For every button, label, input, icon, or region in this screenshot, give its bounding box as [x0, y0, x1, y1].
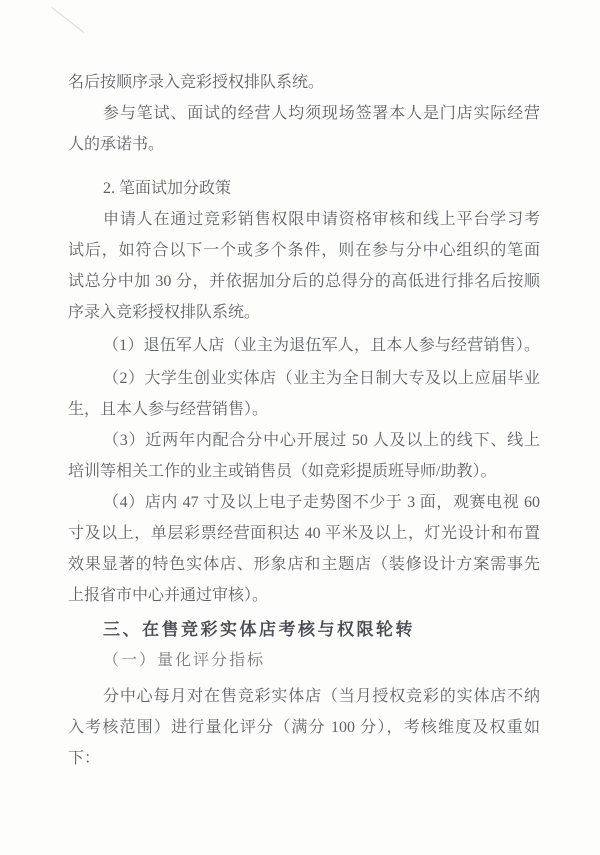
doc-line: 寸及以上，单层彩票经营面积达 40 平米及以上，灯光设计和布置 [68, 518, 540, 549]
doc-line: 名后按顺序录入竞彩授权排队系统。 [68, 67, 540, 98]
list-item-1: （1）退伍军人店（业主为退伍军人，且本人参与经营销售）。 [68, 330, 540, 361]
section-heading: 三、在售竞彩实体店考核与权限轮转 [68, 614, 540, 645]
list-item-4: （4）店内 47 寸及以上电子走势图不少于 3 面，观赛电视 60 [68, 487, 540, 518]
doc-line: 入考核范围）进行量化评分（满分 100 分），考核维度及权重如 [68, 712, 540, 743]
doc-line: 培训等相关工作的业主或销售员（如竞彩提质班导师/助教）。 [68, 456, 540, 487]
scan-artifact-line [51, 7, 84, 33]
doc-line: 人的承诺书。 [68, 129, 540, 160]
doc-line: 生，且本人参与经营销售）。 [68, 394, 540, 425]
document-page: 名后按顺序录入竞彩授权排队系统。 参与笔试、面试的经营人均须现场签署本人是门店实… [0, 0, 600, 855]
text-column: 名后按顺序录入竞彩授权排队系统。 参与笔试、面试的经营人均须现场签署本人是门店实… [68, 67, 540, 774]
list-item-2: （2）大学生创业实体店（业主为全日制大专及以上应届毕业 [68, 363, 540, 394]
doc-line: 序录入竞彩授权排队系统。 [68, 297, 540, 328]
doc-line: 试总分中加 30 分，并依据加分后的总得分的高低进行排名后按顺 [68, 266, 540, 297]
doc-line: 上报省市中心并通过审核）。 [68, 580, 540, 611]
doc-line: 试后，如符合以下一个或多个条件，则在参与分中心组织的笔面 [68, 235, 540, 266]
subsection-heading: （一）量化评分指标 [68, 645, 540, 676]
doc-line: 申请人在通过竞彩销售权限申请资格审核和线上平台学习考 [68, 204, 540, 235]
numbered-heading: 2. 笔面试加分政策 [68, 173, 540, 204]
list-item-3: （3）近两年内配合分中心开展过 50 人及以上的线下、线上 [68, 425, 540, 456]
doc-line: 效果显著的特色实体店、形象店和主题店（装修设计方案需事先 [68, 549, 540, 580]
doc-line: 分中心每月对在售竞彩实体店（当月授权竞彩的实体店不纳 [68, 681, 540, 712]
doc-line: 参与笔试、面试的经营人均须现场签署本人是门店实际经营 [68, 98, 540, 129]
doc-line: 下： [68, 743, 540, 774]
